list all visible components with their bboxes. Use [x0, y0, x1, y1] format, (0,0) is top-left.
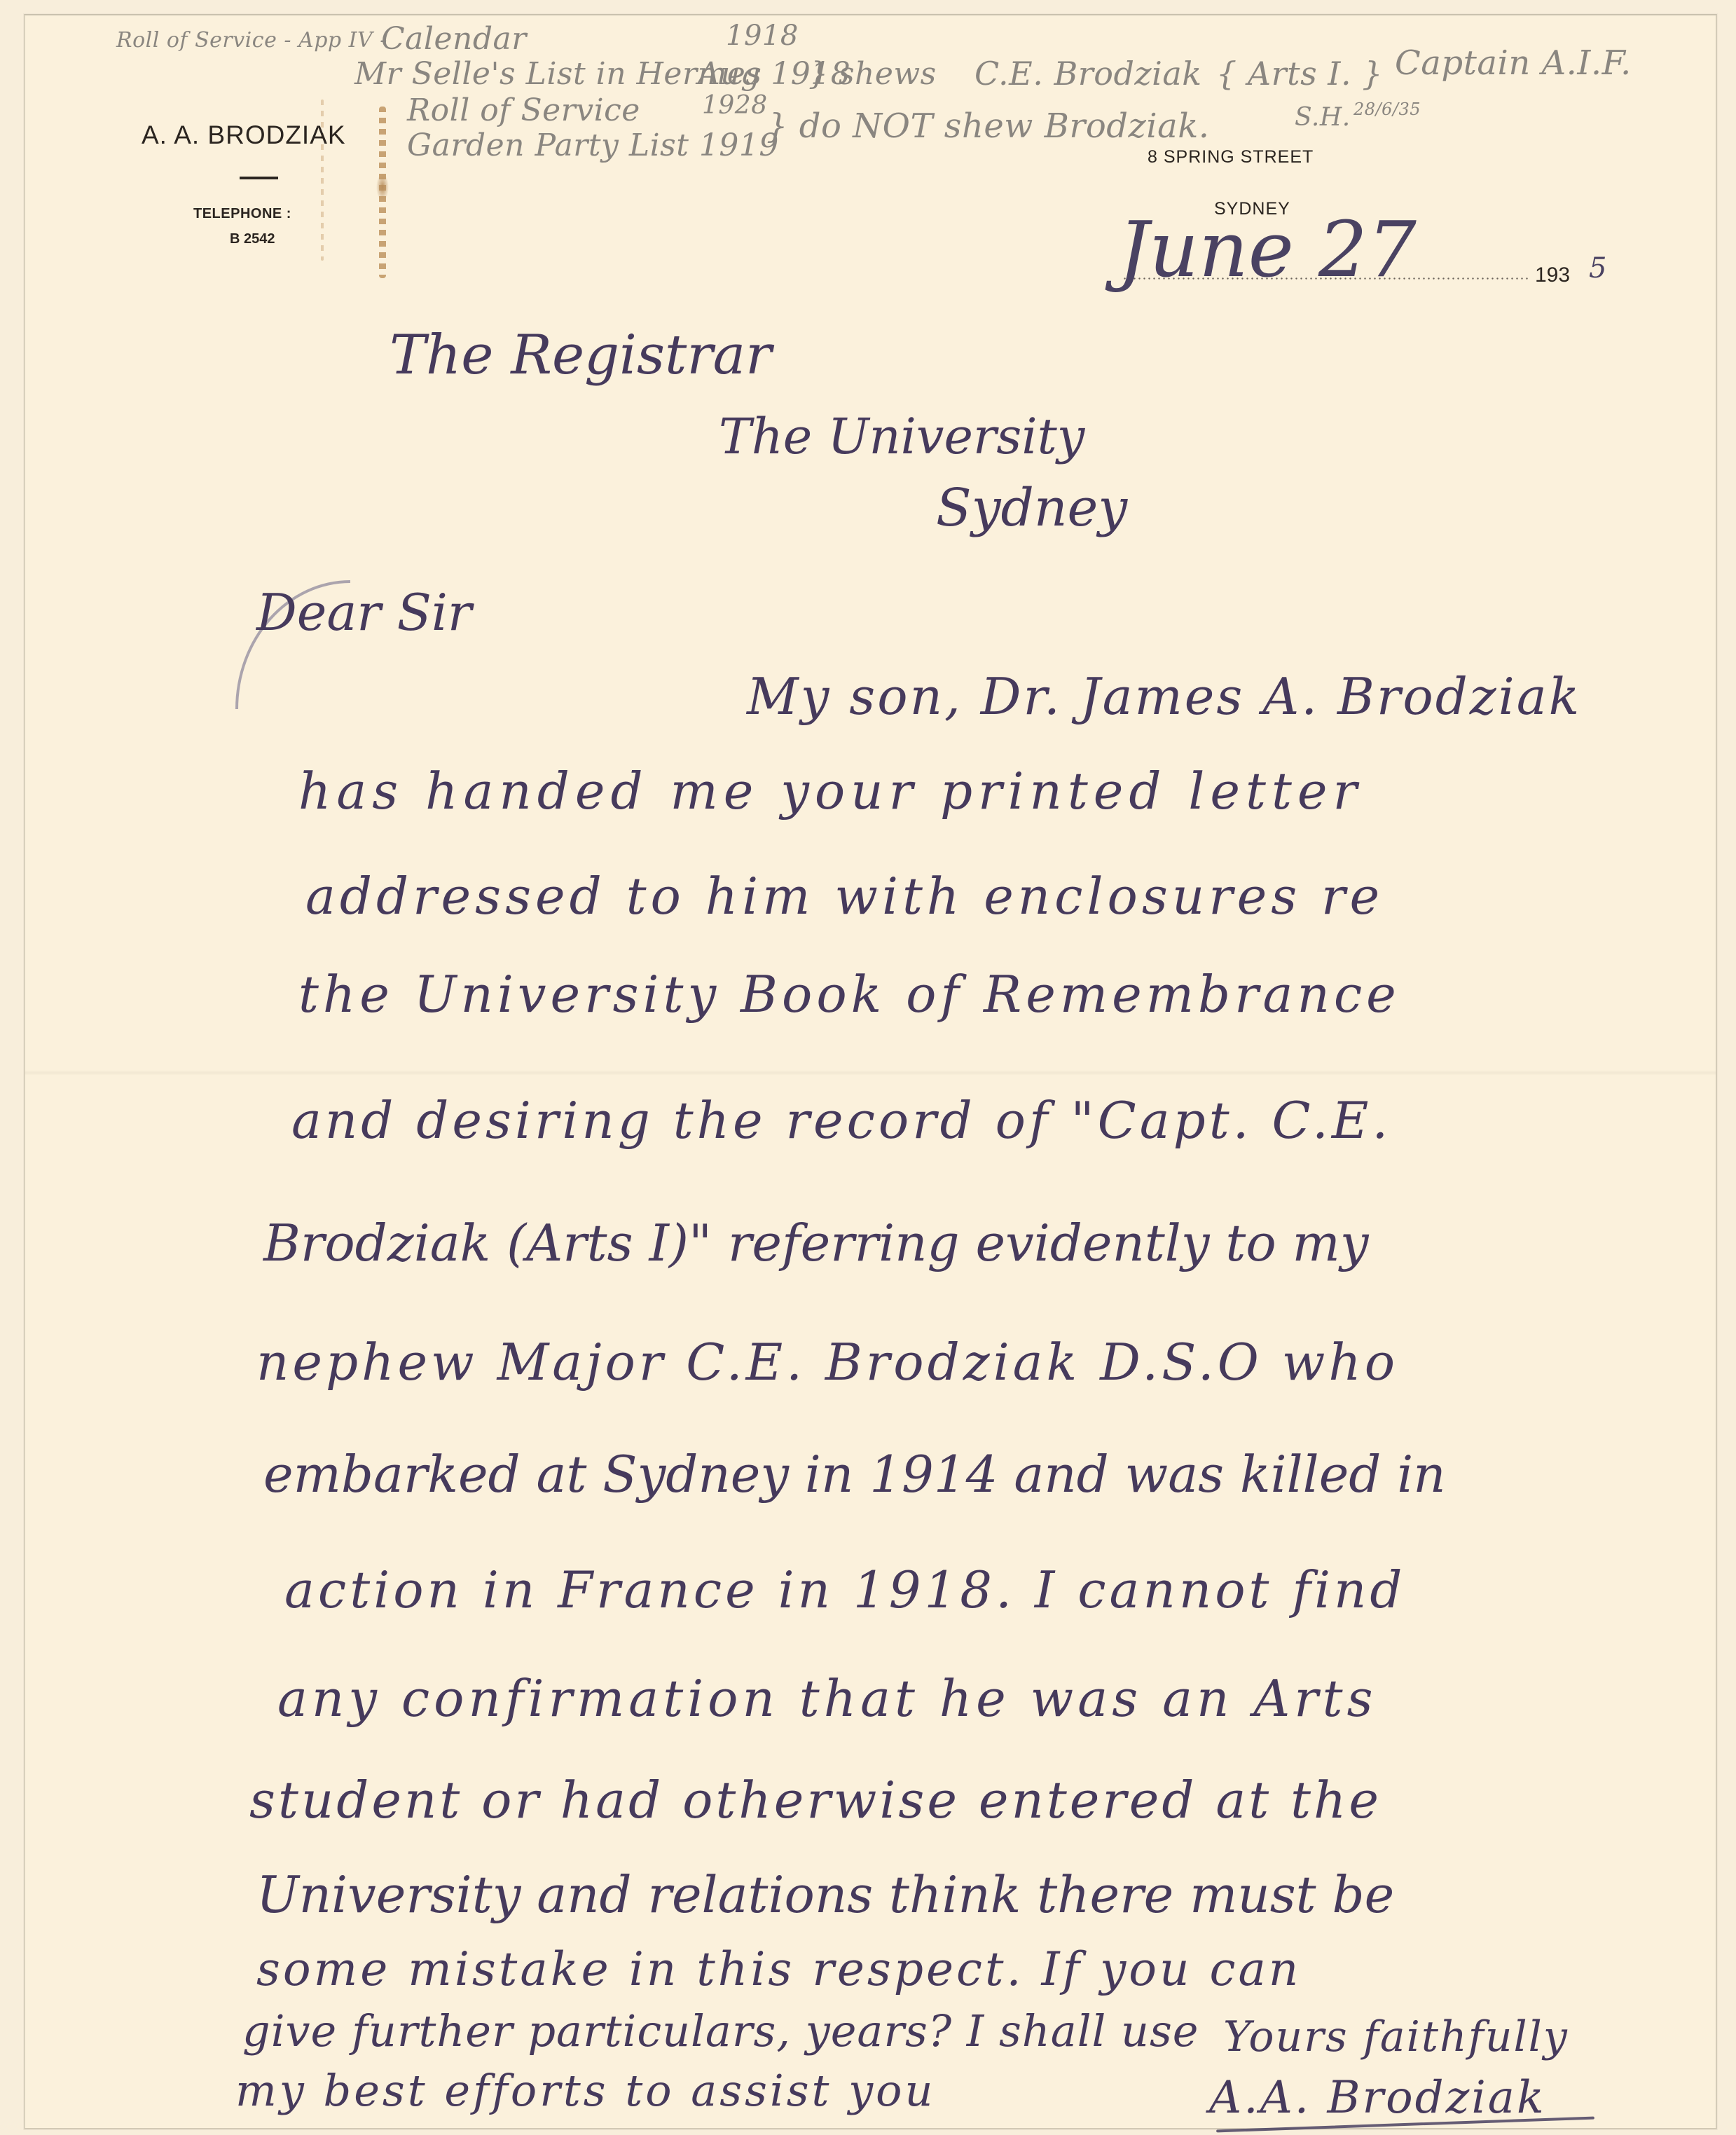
body-line-8: embarked at Sydney in 1914 and was kille…	[263, 1445, 1446, 1504]
body-line-7: nephew Major C.E. Brodziak D.S.O who	[256, 1333, 1398, 1392]
pencil-note-do-not-shew: } do NOT shew Brodziak.	[766, 107, 1210, 146]
body-line-14: give further particulars, years? I shall…	[242, 2005, 1199, 2057]
pencil-note-roll-of-service-app: Roll of Service - App IV -	[116, 28, 387, 53]
recipient-title: The Registrar	[390, 324, 771, 387]
paper-fold	[25, 1070, 1716, 1076]
pencil-note-calendar: Calendar	[381, 21, 527, 57]
pencil-note-garden-party-list: Garden Party List 1919	[407, 128, 779, 163]
pencil-note-shews: } shews	[808, 56, 937, 92]
body-line-3: addressed to him with enclosures re	[305, 867, 1384, 926]
pencil-note-initials: S.H.	[1295, 103, 1351, 132]
letterhead-rule	[240, 177, 278, 179]
pencil-note-calendar-year: 1918	[726, 20, 799, 52]
pencil-note-captain-aif: Captain A.I.F.	[1395, 43, 1632, 83]
handwritten-year-digit: 5	[1589, 252, 1606, 284]
salutation: Dear Sir	[256, 583, 471, 642]
letterhead-year-prefix: 193	[1535, 263, 1570, 287]
body-line-11: student or had otherwise entered at the	[249, 1771, 1382, 1829]
pencil-note-ce-brodziak: C.E. Brodziak	[974, 55, 1202, 92]
body-line-13: some mistake in this respect. If you can	[256, 1942, 1301, 1996]
body-line-1: My son, Dr. James A. Brodziak	[747, 667, 1581, 726]
signature: A.A. Brodziak	[1209, 2072, 1546, 2124]
staple-mark-right	[379, 107, 386, 278]
letterhead-name: A. A. BRODZIAK	[142, 121, 346, 150]
body-line-9: action in France in 1918. I cannot find	[284, 1560, 1406, 1619]
pencil-note-roll-of-service-1928: Roll of Service	[407, 92, 640, 128]
pencil-note-arts-one: { Arts I. }	[1216, 55, 1383, 92]
body-line-5: and desiring the record of "Capt. C.E.	[291, 1091, 1391, 1150]
telephone-label: TELEPHONE :	[193, 206, 291, 222]
body-line-4: the University Book of Remembrance	[298, 965, 1400, 1024]
pencil-note-year-1928: 1928	[702, 91, 768, 120]
telephone-number: B 2542	[230, 231, 275, 247]
body-line-6: Brodziak (Arts I)" referring evidently t…	[263, 1214, 1369, 1272]
body-line-10: any confirmation that he was an Arts	[277, 1669, 1377, 1728]
body-line-15: my best efforts to assist you	[235, 2065, 935, 2116]
letterhead-street: 8 SPRING STREET	[1148, 147, 1314, 167]
pencil-note-date: 28/6/35	[1353, 99, 1421, 119]
handwritten-date: June 27	[1118, 205, 1417, 294]
body-line-12: University and relations think there mus…	[256, 1865, 1394, 1924]
valediction: Yours faithfully	[1223, 2012, 1569, 2061]
recipient-institution: The University	[719, 408, 1084, 465]
recipient-city: Sydney	[936, 478, 1127, 538]
letter-sheet: A. A. BRODZIAK TELEPHONE : B 2542 8 SPRI…	[24, 14, 1717, 2129]
body-line-2: has handed me your printed letter	[298, 762, 1363, 821]
